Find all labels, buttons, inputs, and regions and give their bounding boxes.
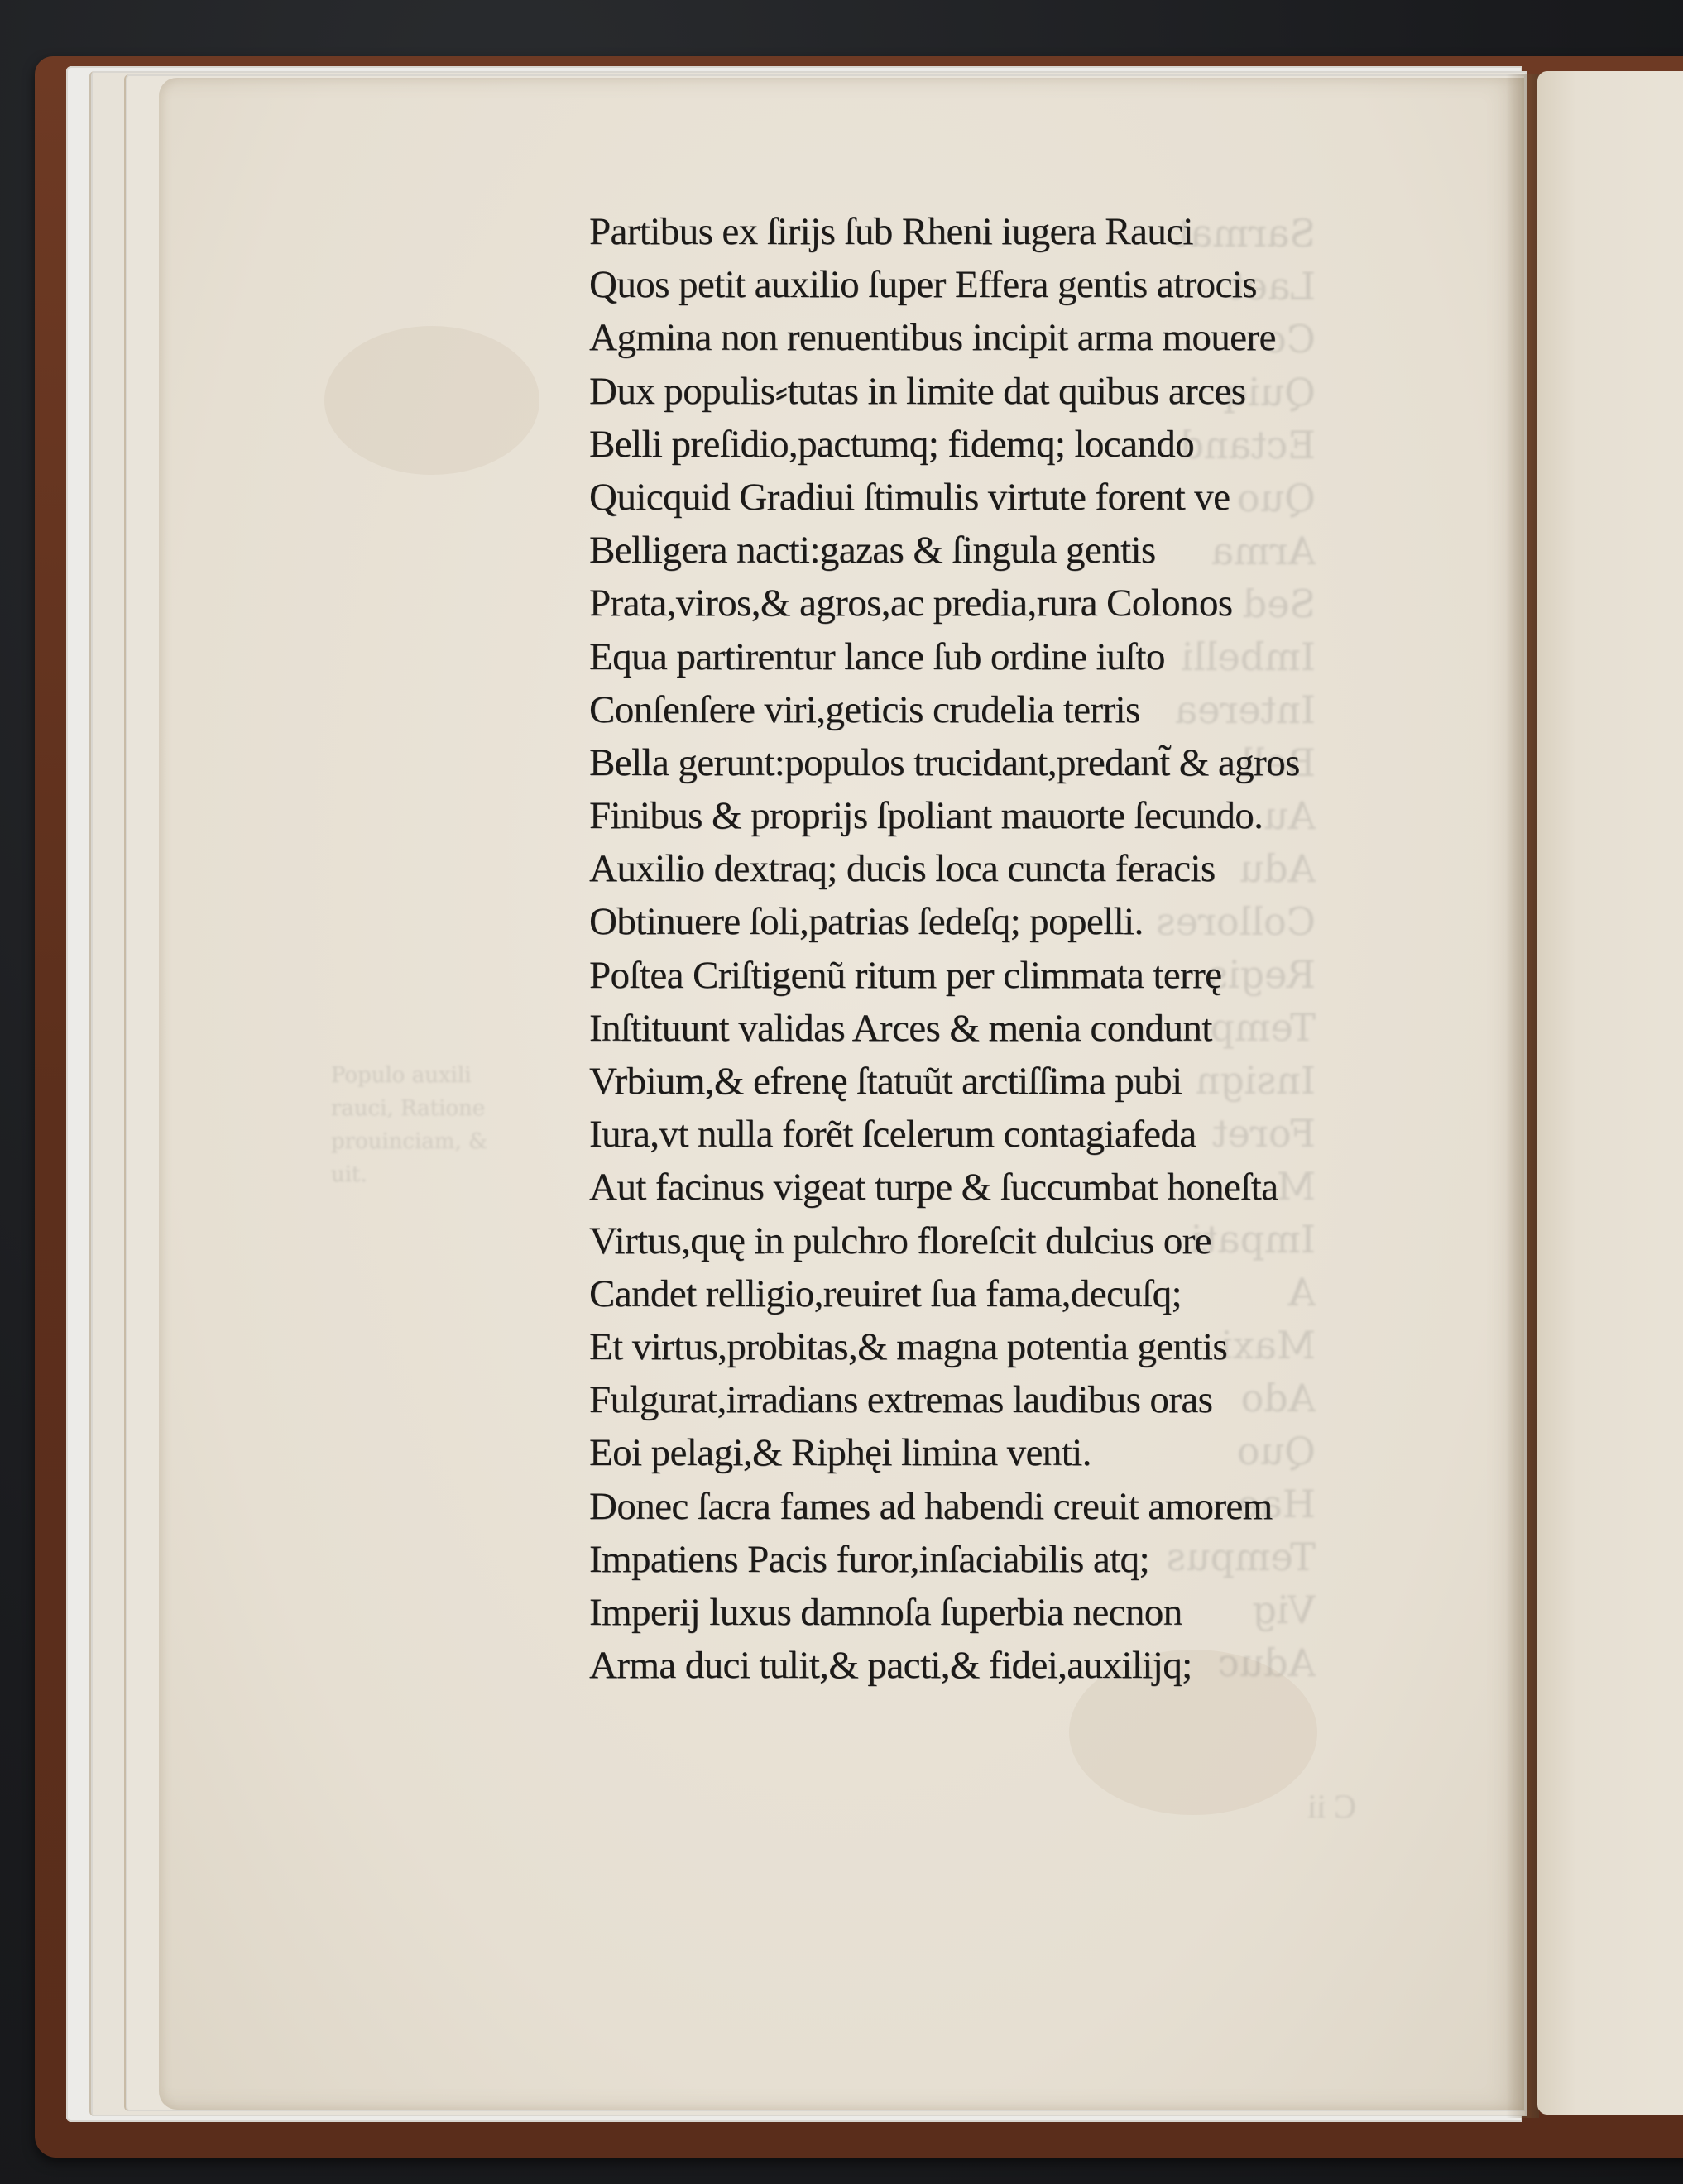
verse-line: Imperij luxus damnoſa ſuperbia necnon — [589, 1586, 1483, 1639]
verse-line: Virtus,quę in pulchro floreſcit dulcius … — [589, 1214, 1483, 1267]
verse-line: Auxilio dextraq; ducis loca cuncta ferac… — [589, 842, 1483, 895]
gutter-shadow — [1506, 74, 1539, 2118]
verse-line: Inſtituunt validas Arces & menia condunt — [589, 1002, 1483, 1055]
verse-line: Candet relligio,reuiret ſua fama,decuſq; — [589, 1267, 1483, 1320]
verse-line: Et virtus,probitas,& magna potentia gent… — [589, 1320, 1483, 1373]
verse-line: Eoi pelagi,& Riphęi limina venti. — [589, 1426, 1483, 1479]
bleed-through-margin-note: Populo auxili rauci, Ratione prouinciam,… — [331, 1059, 487, 1191]
verse-line: Poſtea Criſtigenũ ritum per climmata ter… — [589, 949, 1483, 1002]
verse-line: Agmina non renuentibus incipit arma moue… — [589, 311, 1483, 364]
verse-line: Quicquid Gradiui ſtimulis virtute forent… — [589, 471, 1483, 524]
verse-line: Belli preſidio,pactumq; fidemq; locando — [589, 418, 1483, 471]
verse-line: Fulgurat,irradians extremas laudibus ora… — [589, 1373, 1483, 1426]
verse-line: Arma duci tulit,& pacti,& fidei,auxilijq… — [589, 1639, 1483, 1692]
verse-text-block: Partibus ex ſirijs ſub Rheni iugera Rauc… — [589, 205, 1483, 1692]
paper-stain — [324, 326, 539, 475]
verse-line: Quos petit auxilio ſuper Effera gentis a… — [589, 258, 1483, 311]
verse-line: Vrbium,& efrenę ſtatuũt arctiſſima pubi — [589, 1055, 1483, 1108]
verse-line: Donec ſacra fames ad habendi creuit amor… — [589, 1480, 1483, 1533]
verse-line: Partibus ex ſirijs ſub Rheni iugera Rauc… — [589, 205, 1483, 258]
verse-line: Equa partirentur lance ſub ordine iuſto — [589, 630, 1483, 683]
bleed-through-signature-mark: C ii — [1307, 1787, 1356, 1826]
verse-line: Obtinuere ſoli,patrias ſedeſq; popelli. — [589, 895, 1483, 948]
facing-recto-page-edge — [1537, 71, 1683, 2115]
verse-line: Iura,vt nulla forẽt ſcelerum contagiafed… — [589, 1108, 1483, 1161]
verse-line: Dux populis⸗tutas in limite dat quibus a… — [589, 365, 1483, 418]
verse-line: Belligera nacti:gazas & ſingula gentis — [589, 524, 1483, 577]
verse-line: Bella gerunt:populos trucidant,predant̃ … — [589, 736, 1483, 789]
verse-line: Finibus & proprijs ſpoliant mauorte ſecu… — [589, 789, 1483, 842]
verse-line: Aut facinus vigeat turpe & ſuccumbat hon… — [589, 1161, 1483, 1214]
verse-line: Impatiens Pacis furor,inſaciabilis atq; — [589, 1533, 1483, 1586]
verse-line: Prata,viros,& agros,ac predia,rura Colon… — [589, 577, 1483, 630]
verse-line: Conſenſere viri,geticis crudelia terris — [589, 683, 1483, 736]
